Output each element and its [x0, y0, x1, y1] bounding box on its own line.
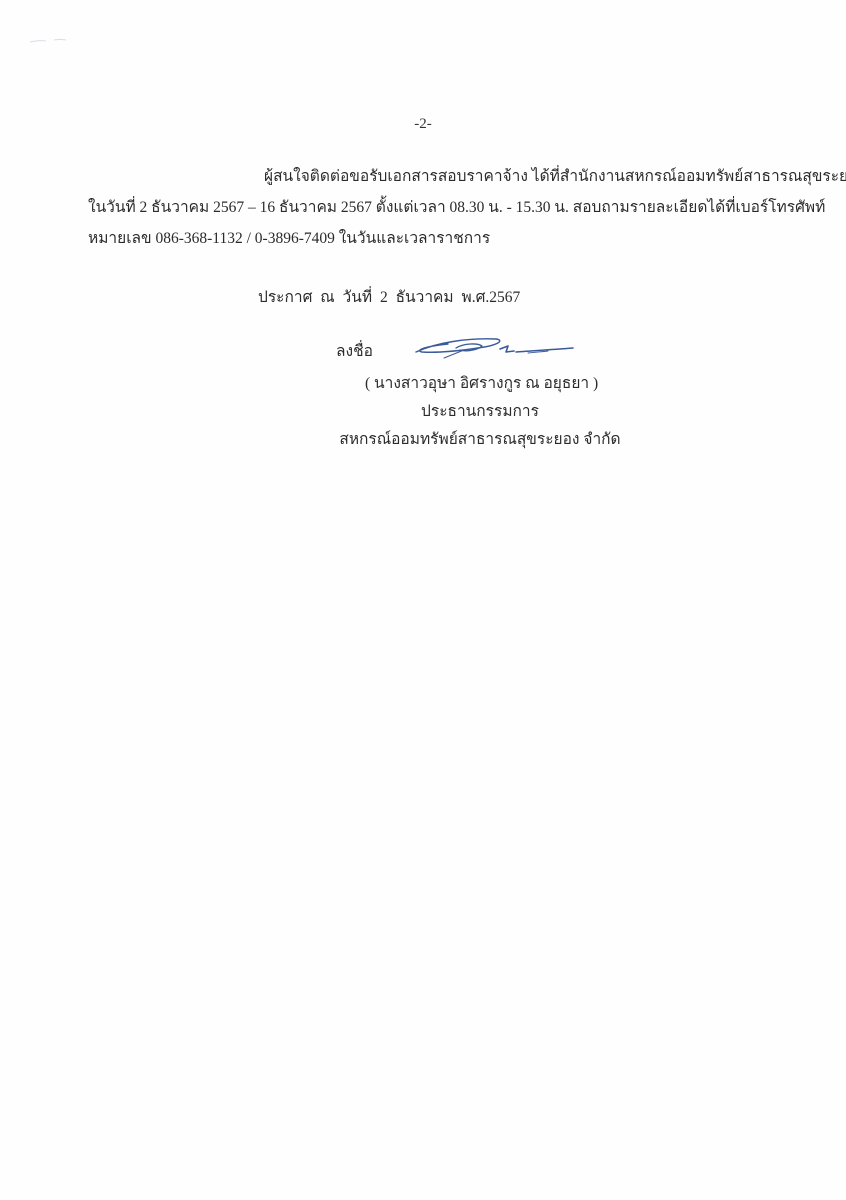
document-page: -2- ผู้สนใจติดต่อขอรับเอกสารสอบราคาจ้าง … — [0, 0, 846, 1200]
signatory-organization: สหกรณ์ออมทรัพย์สาธารณสุขระยอง จำกัด — [330, 426, 630, 451]
announcement-date: ประกาศ ณ วันที่ 2 ธันวาคม พ.ศ.2567 — [258, 284, 520, 309]
scan-artifact-icon — [28, 38, 68, 44]
page-number: -2- — [0, 116, 846, 133]
paragraph-line: หมายเลข 086-368-1132 / 0-3896-7409 ในวัน… — [88, 225, 490, 250]
signature-label: ลงชื่อ — [336, 338, 373, 363]
paragraph-line: ในวันที่ 2 ธันวาคม 2567 – 16 ธันวาคม 256… — [88, 194, 825, 219]
signatory-name: ( นางสาวอุษา อิศรางกูร ณ อยุธยา ) — [365, 370, 665, 395]
signatory-position: ประธานกรรมการ — [330, 398, 630, 423]
paragraph-line: ผู้สนใจติดต่อขอรับเอกสารสอบราคาจ้าง ได้ท… — [264, 163, 846, 188]
signature-icon — [408, 330, 578, 366]
